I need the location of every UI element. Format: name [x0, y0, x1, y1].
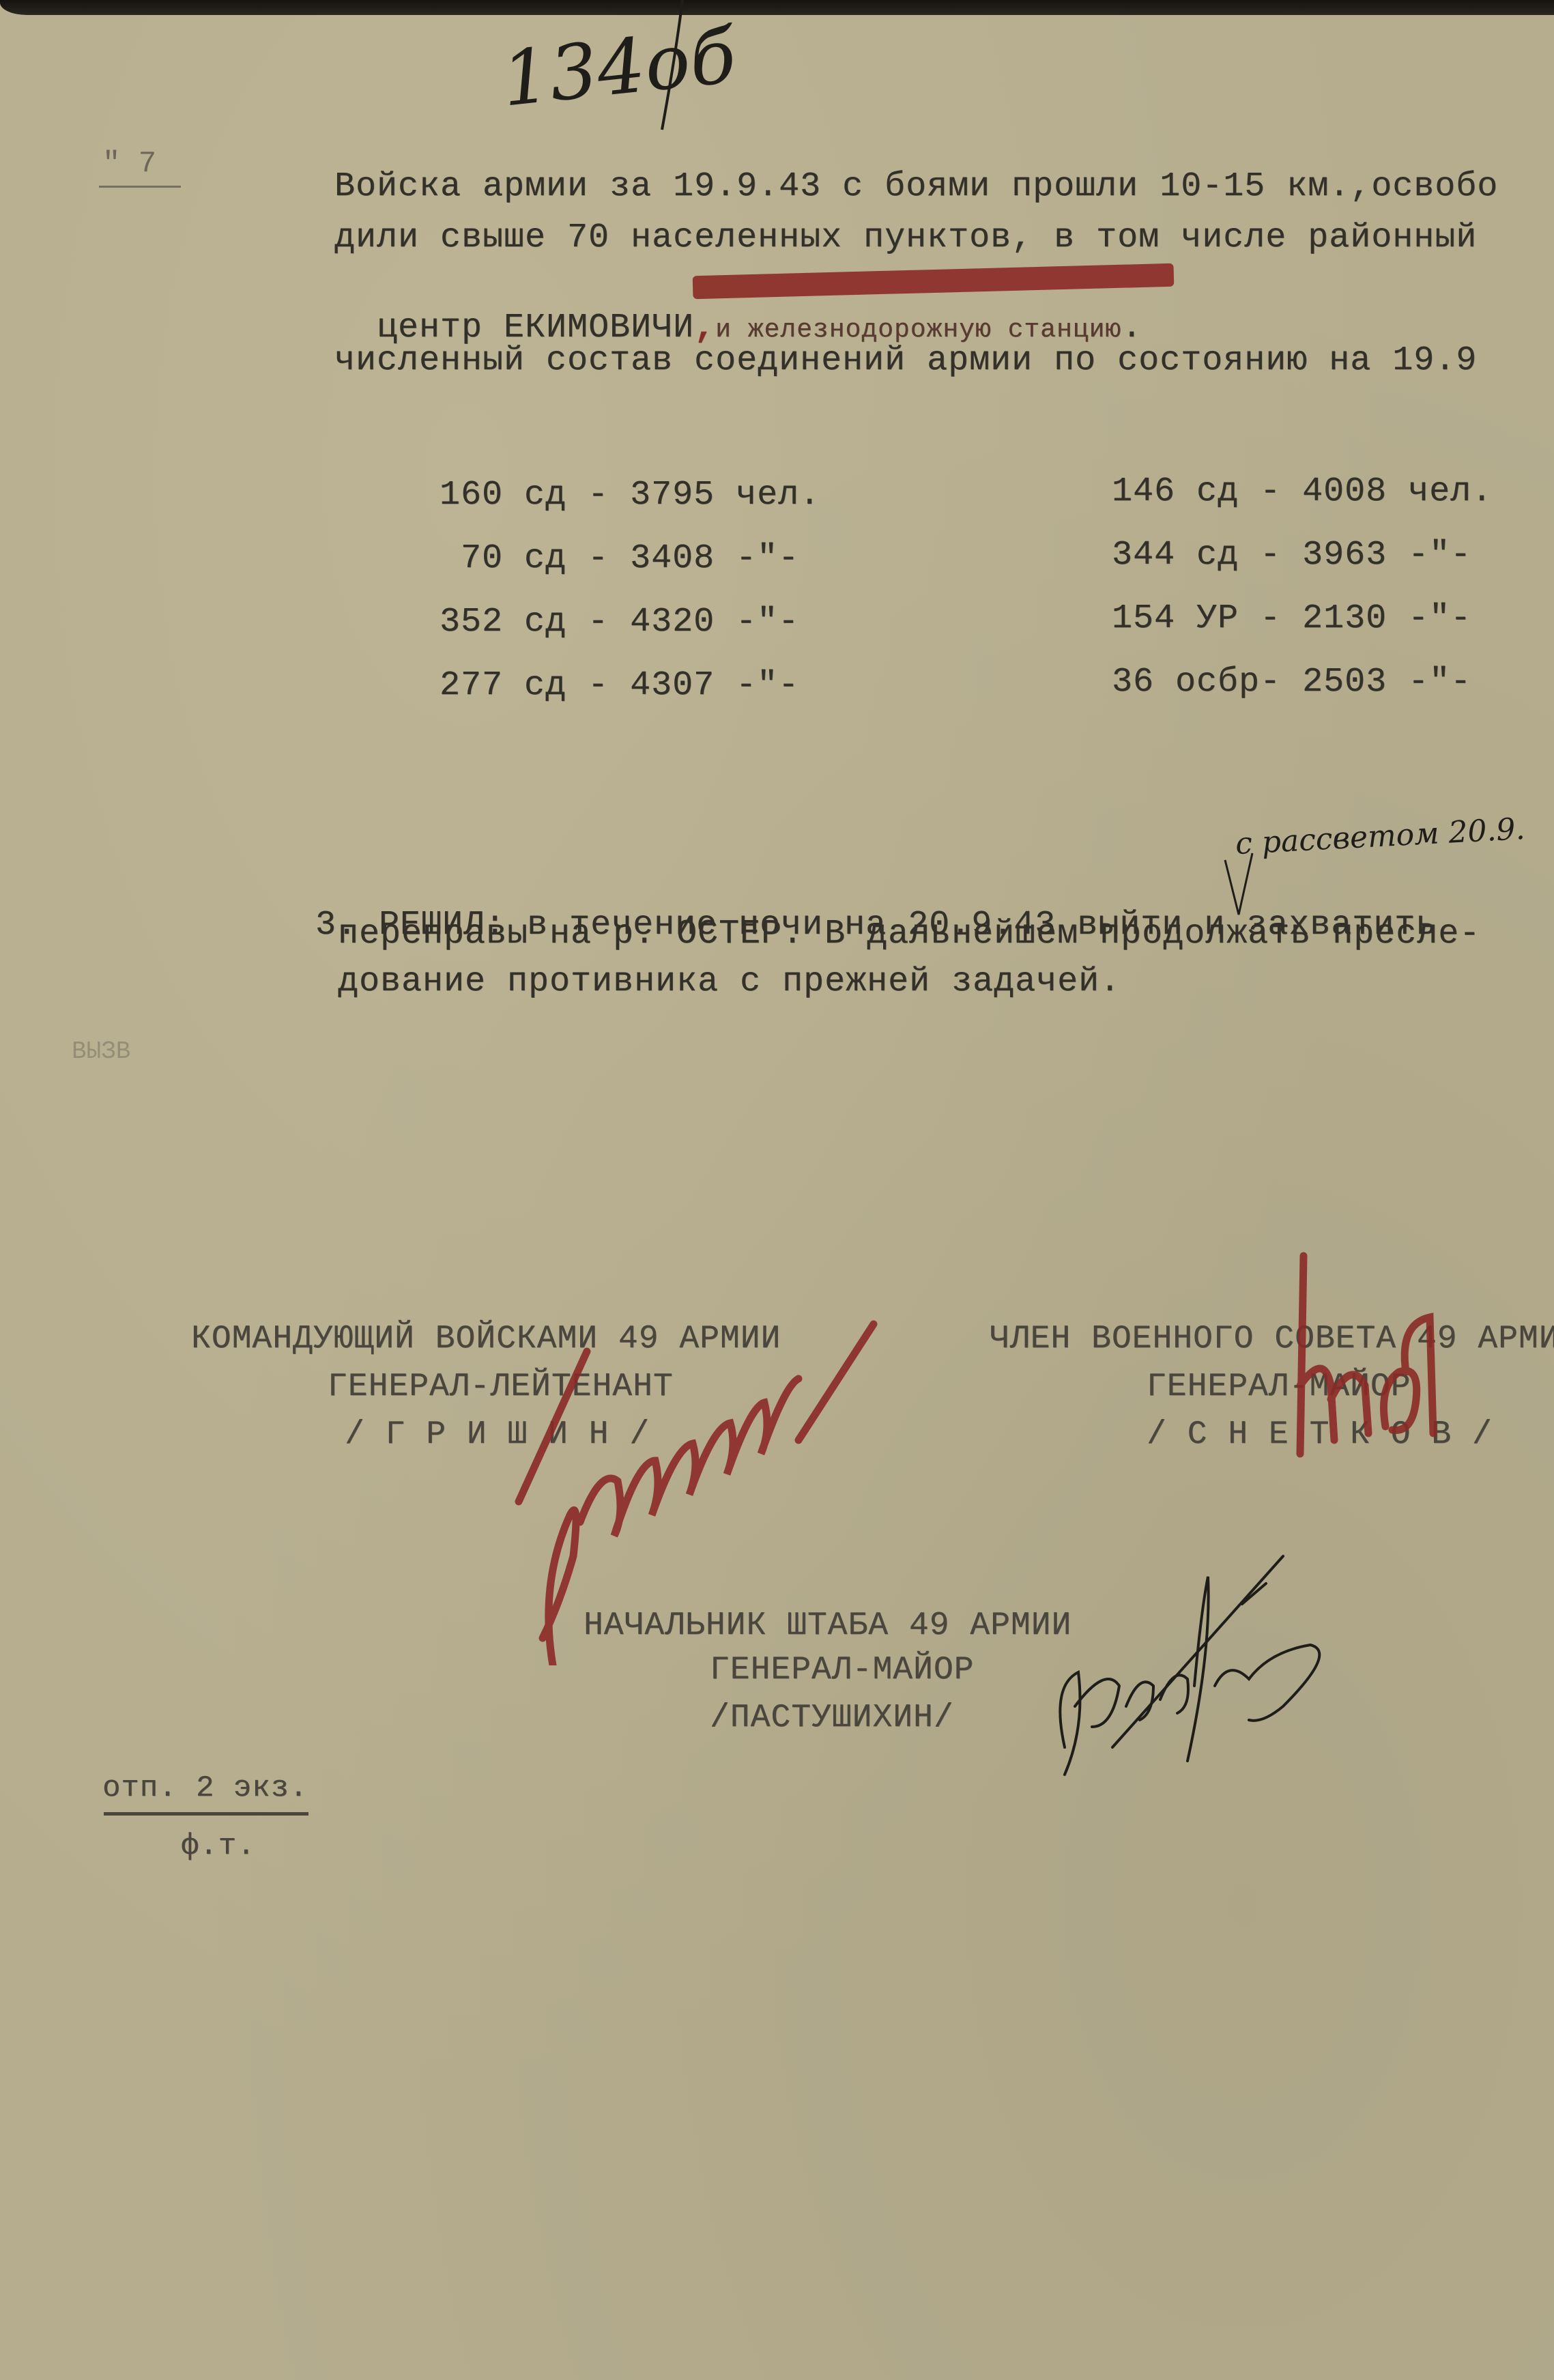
- strength-heading: численный состав соединений армии по сос…: [334, 341, 1477, 380]
- council-member-signature-red: [1283, 1249, 1461, 1467]
- chief-of-staff-name: /ПАСТУШИХИН/: [710, 1700, 954, 1736]
- copies-note: отп. 2 экз.: [102, 1771, 308, 1805]
- margin-mark: " 7: [102, 147, 156, 181]
- chief-of-staff-signature: [1024, 1549, 1406, 1788]
- paragraph-1-line-2: дили свыше 70 населенных пунктов, в том …: [334, 218, 1477, 257]
- paragraph-1-line-1: Войска армии за 19.9.43 с боями прошли 1…: [334, 167, 1498, 206]
- paragraph-3-line-2: переправы на р. ОСТЕР. В дальнейшем прод…: [338, 915, 1480, 954]
- faded-margin-stamp: ВЫЗВ: [72, 1037, 130, 1065]
- margin-underline: [99, 186, 181, 188]
- archive-stroke: [655, 0, 696, 137]
- handwritten-insertion: с рассветом 20.9.: [1235, 812, 1526, 861]
- archive-page-number: 134об: [498, 12, 740, 123]
- council-member-title: ЧЛЕН ВОЕННОГО СОВЕТА 49 АРМИИ: [990, 1321, 1554, 1358]
- table-row: 36 осбр- 2503 -"-: [1027, 624, 1471, 741]
- commander-signature-red: [478, 1310, 955, 1665]
- typist-initials: ф.т.: [181, 1829, 256, 1863]
- paragraph-3-line-3: дование противника с прежней задачей.: [338, 962, 1121, 1001]
- table-row: 277 сд - 4307 -"-: [355, 627, 799, 744]
- copies-underline: [104, 1812, 308, 1816]
- struck-text: и железнодорожную станцию: [715, 315, 1121, 345]
- scan-top-edge: [0, 0, 1554, 15]
